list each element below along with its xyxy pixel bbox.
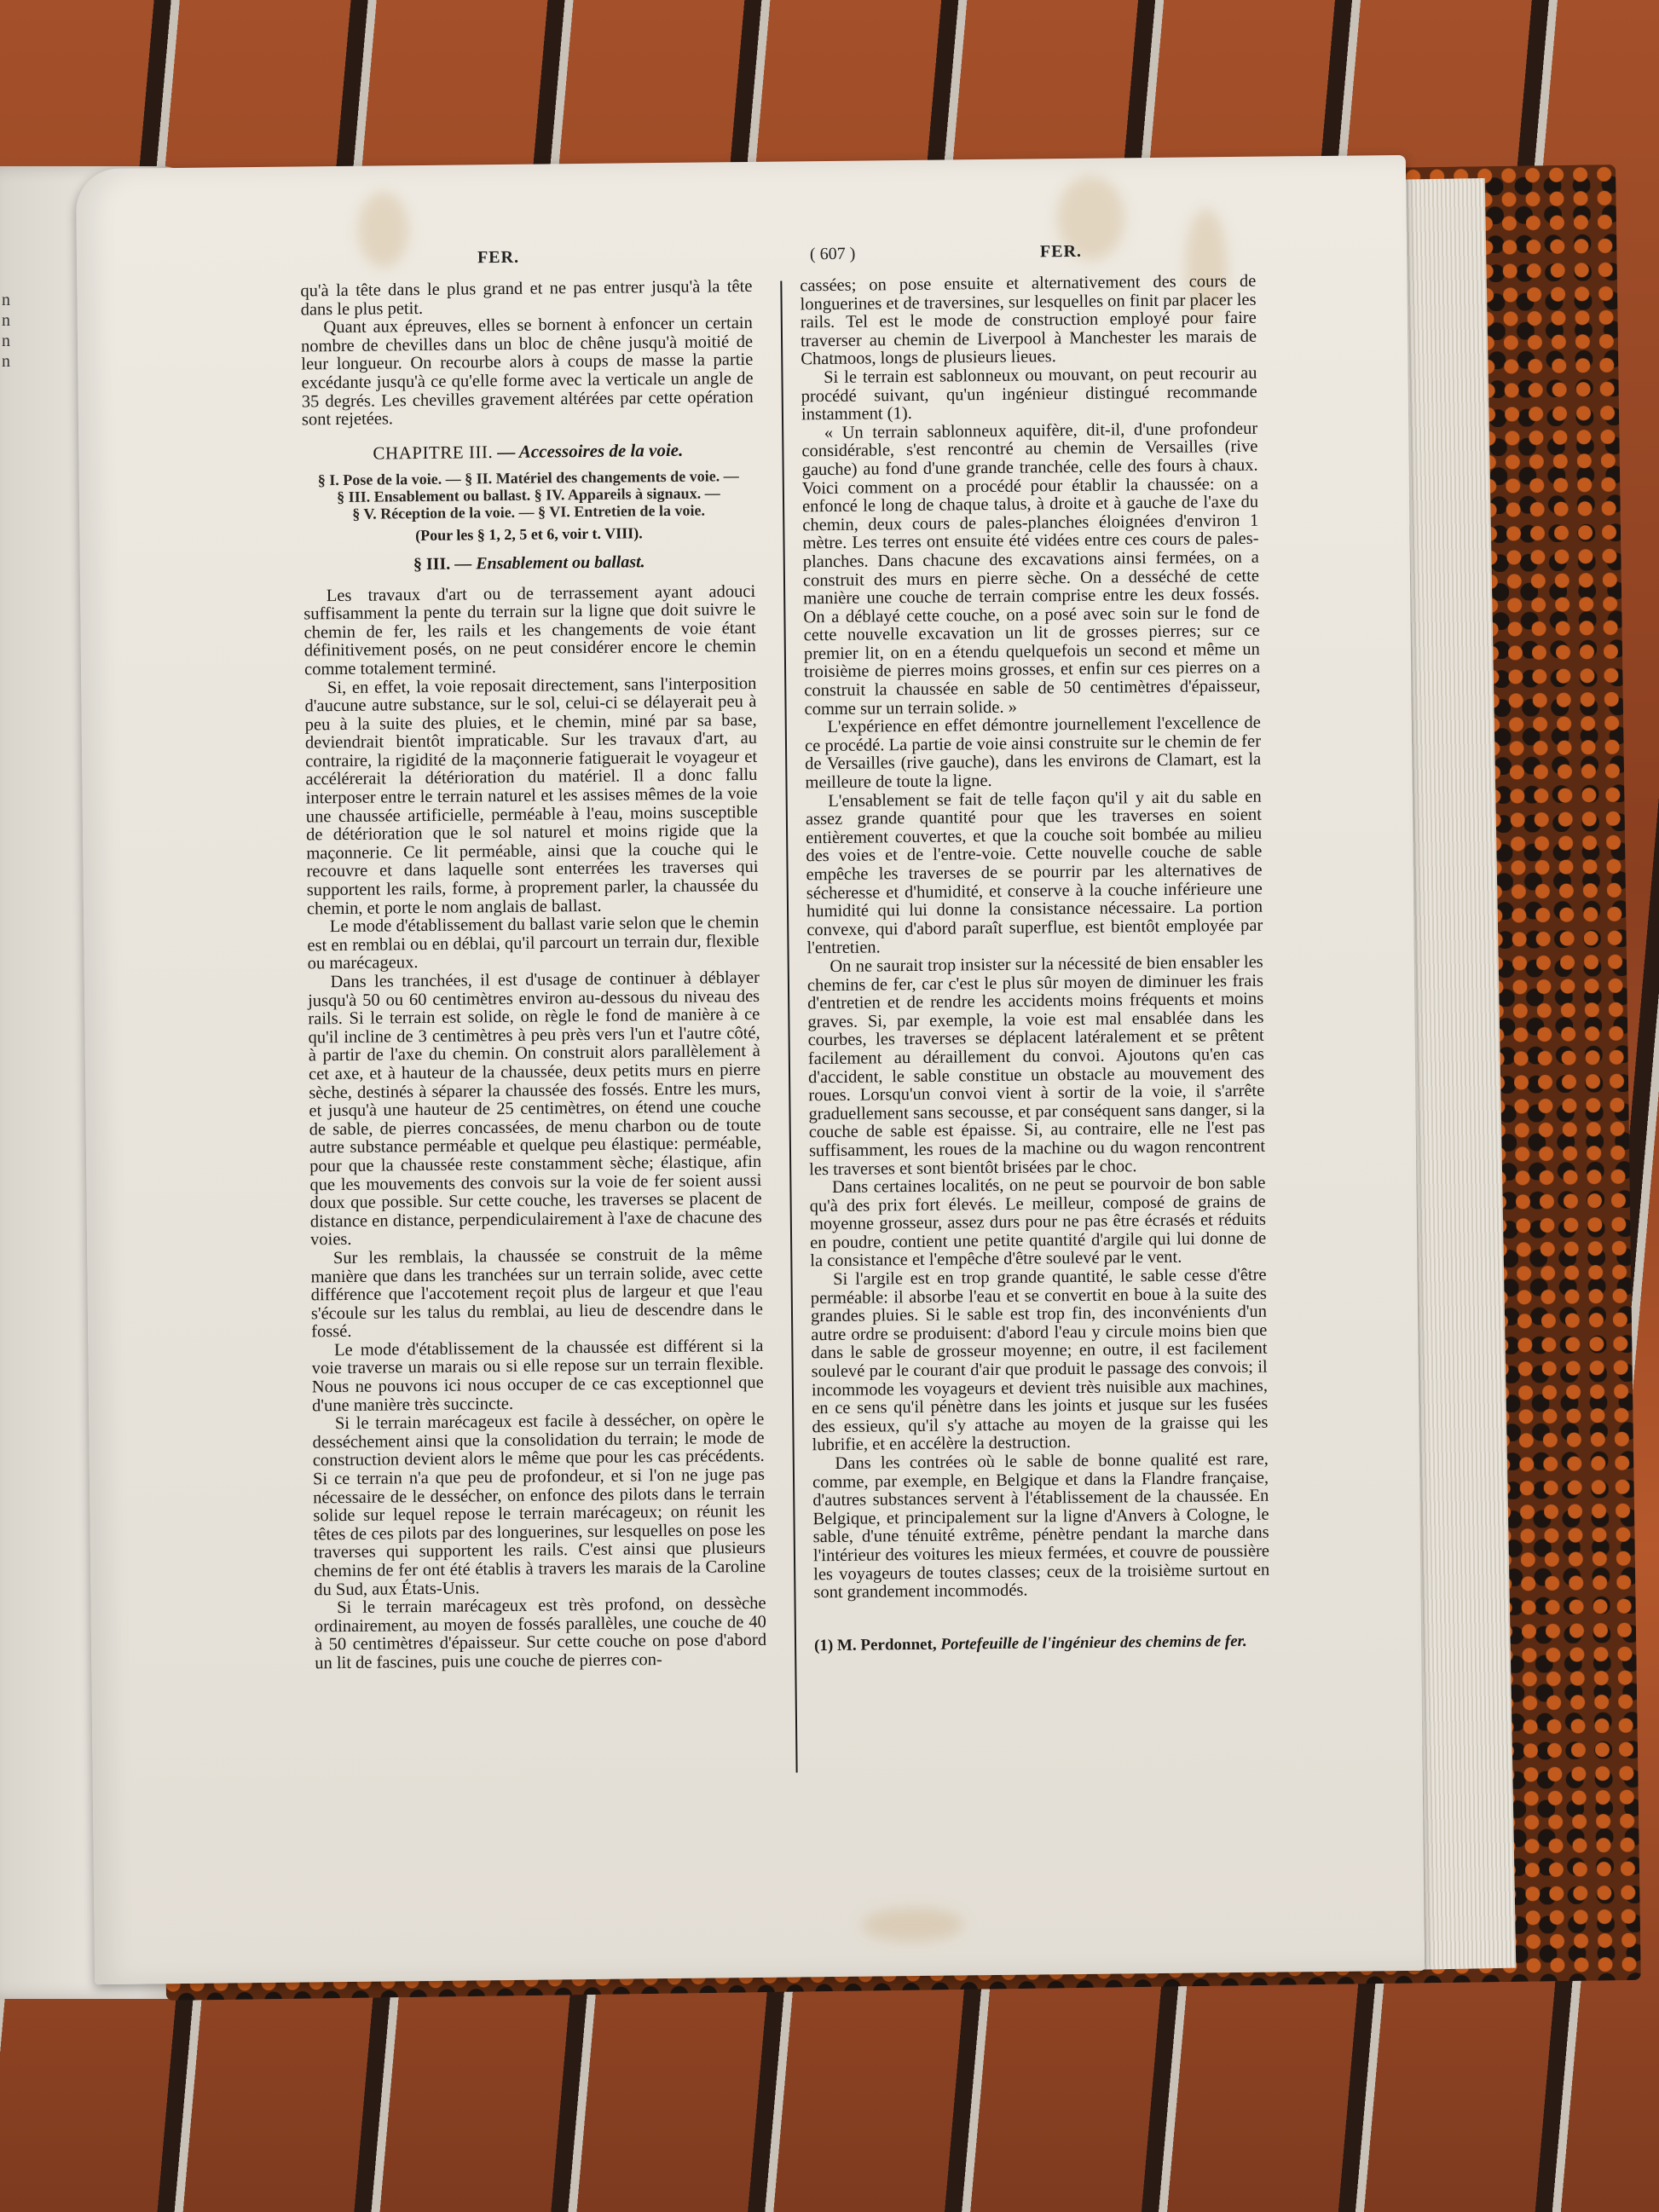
paragraph: Quant aux épreuves, elles se bornent à e… [301, 315, 754, 430]
toc-line: § V. Réception de la voie. — § VI. Entre… [303, 501, 754, 523]
paragraph: Dans les contrées où le sable de bonne q… [812, 1451, 1270, 1603]
footnote: (1) M. Perdonnet, Portefeuille de l'ingé… [814, 1628, 1270, 1659]
paragraph: Si le terrain marécageux est très profon… [314, 1595, 766, 1673]
paragraph: Les travaux d'art ou de terrassement aya… [303, 582, 756, 679]
paragraph: Si le terrain est sablonneux ou mouvant,… [801, 365, 1257, 424]
paragraph: Le mode d'établissement de la chaussée e… [311, 1337, 764, 1416]
paragraph: Le mode d'établissement du ballast varie… [307, 914, 760, 973]
right-column: cassées; on pose ensuite et alternativem… [800, 273, 1270, 1659]
paragraph: Si l'argile est en trop grande quantité,… [810, 1267, 1268, 1456]
toc-note: (Pour les § 1, 2, 5 et 6, voir t. VIII). [303, 523, 754, 546]
footnote-marker: (1) M. Perdonnet, [814, 1635, 937, 1655]
paragraph: qu'à la tête dans le plus grand et ne pa… [300, 278, 752, 320]
foxing-stain [861, 1907, 963, 1942]
left-column: qu'à la tête dans le plus grand et ne pa… [300, 278, 766, 1673]
paragraph: Dans certaines localités, on ne peut se … [809, 1175, 1266, 1272]
edge-letter: n [2, 310, 19, 331]
left-page-edge-text: n n n n [2, 290, 19, 372]
section-title: — Ensablement ou ballast. [454, 552, 645, 573]
paragraph: On ne saurait trop insister sur la néces… [807, 954, 1266, 1180]
section-heading: § III. — Ensablement ou ballast. [303, 552, 755, 575]
chapter-number: CHAPITRE III. [373, 442, 493, 463]
paragraph: L'ensablement se fait de telle façon qu'… [806, 788, 1263, 958]
paragraph-quote: « Un terrain sablonneux aquifère, dit-il… [801, 419, 1261, 719]
paragraph: Dans les tranchées, il est d'usage de co… [308, 969, 762, 1250]
paragraph: Si, en effet, la voie reposait directeme… [304, 674, 759, 918]
paragraph: L'expérience en effet démontre journelle… [805, 714, 1262, 793]
chapter-title: — Accessoires de la voie. [497, 440, 683, 462]
running-head-right: FER. [1040, 242, 1082, 263]
running-head-left: FER. [477, 248, 519, 269]
column-divider [780, 281, 797, 1773]
page-number: ( 607 ) [810, 245, 856, 265]
section-number: § III. [413, 555, 451, 574]
paragraph: Sur les remblais, la chaussée se constru… [310, 1245, 763, 1343]
paragraph: Si le terrain marécageux est facile à de… [312, 1411, 766, 1599]
book-page: FER. ( 607 ) FER. qu'à la tête dans le p… [76, 155, 1425, 1984]
edge-letter: n [2, 290, 19, 310]
paragraph: cassées; on pose ensuite et alternativem… [800, 273, 1257, 370]
chapter-heading: CHAPITRE III. — Accessoires de la voie. [302, 441, 754, 464]
chapter-contents: § I. Pose de la voie. — § II. Matériel d… [303, 467, 755, 523]
running-header: FER. ( 607 ) FER. [290, 240, 1313, 276]
edge-letter: n [2, 351, 19, 372]
edge-letter: n [2, 331, 19, 351]
footnote-title: Portefeuille de l'ingénieur des chemins … [940, 1632, 1247, 1654]
